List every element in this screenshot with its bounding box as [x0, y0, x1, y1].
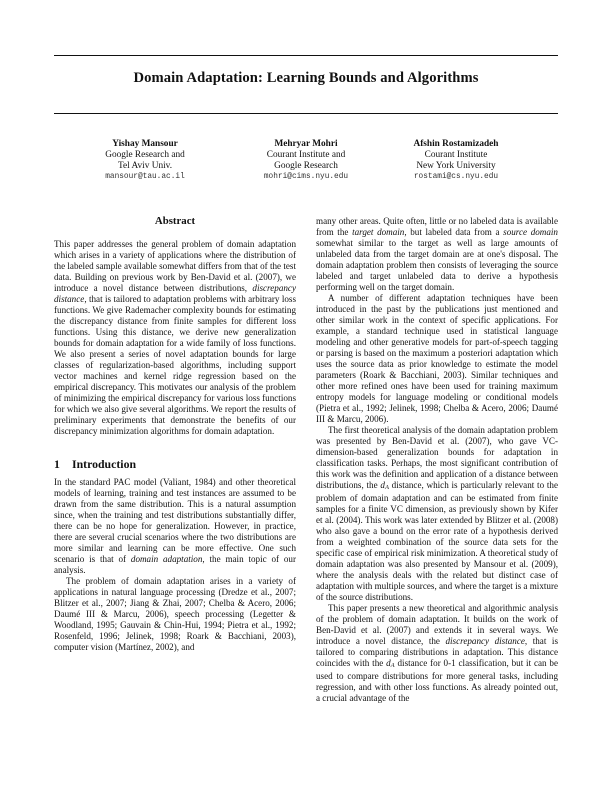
paragraph-emphasis: discrepancy distance	[445, 636, 524, 646]
section-heading-introduction: 1Introduction	[54, 457, 296, 471]
author-affiliation: Google Research and	[60, 150, 230, 161]
right-column: many other areas. Quite often, little or…	[316, 216, 558, 704]
abstract-text: This paper addresses the general problem…	[54, 239, 296, 437]
author-mansour: Yishay Mansour Google Research and Tel A…	[60, 139, 230, 183]
title-top-rule	[54, 55, 558, 56]
author-email: mohri@cims.nyu.edu	[221, 172, 391, 183]
title-bottom-rule	[54, 113, 558, 114]
author-mohri: Mehryar Mohri Courant Institute and Goog…	[221, 139, 391, 183]
section-title: Introduction	[72, 457, 136, 471]
author-email: rostami@cs.nyu.edu	[371, 172, 541, 183]
author-name: Mehryar Mohri	[221, 139, 391, 150]
author-affiliation: Courant Institute	[371, 150, 541, 161]
intro-paragraph-2-start: The problem of domain adaptation arises …	[54, 576, 296, 653]
author-rostamizadeh: Afshin Rostamizadeh Courant Institute Ne…	[371, 139, 541, 183]
paragraph-emphasis: target domain	[352, 227, 404, 237]
paragraph-text: distance, which is particularly relevant…	[316, 480, 558, 602]
intro-paragraph-4: The first theoretical analysis of the do…	[316, 425, 558, 603]
paragraph-text: somewhat similar to the target as well a…	[316, 238, 558, 292]
author-affiliation: New York University	[371, 161, 541, 172]
paragraph-emphasis: domain adaptation	[131, 554, 203, 564]
paragraph-emphasis: source domain	[503, 227, 558, 237]
math-d-a: dA	[386, 658, 395, 668]
author-affiliation: Tel Aviv Univ.	[60, 161, 230, 172]
author-affiliation: Courant Institute and	[221, 150, 391, 161]
intro-paragraph-3: A number of different adaptation techniq…	[316, 293, 558, 425]
author-name: Afshin Rostamizadeh	[371, 139, 541, 150]
left-column: Abstract This paper addresses the genera…	[54, 215, 296, 653]
abstract-heading: Abstract	[54, 215, 296, 228]
paper-page: Domain Adaptation: Learning Bounds and A…	[0, 0, 612, 792]
math-d-a: dA	[380, 480, 389, 490]
author-name: Yishay Mansour	[60, 139, 230, 150]
paragraph-text: In the standard PAC model (Valiant, 1984…	[54, 477, 296, 564]
paragraph-text: , but labeled data from a	[404, 227, 503, 237]
paper-title: Domain Adaptation: Learning Bounds and A…	[54, 70, 558, 87]
intro-paragraph-5: This paper presents a new theoretical an…	[316, 603, 558, 704]
author-affiliation: Google Research	[221, 161, 391, 172]
author-email: mansour@tau.ac.il	[60, 172, 230, 183]
intro-paragraph-2-continued: many other areas. Quite often, little or…	[316, 216, 558, 293]
author-block: Yishay Mansour Google Research and Tel A…	[54, 139, 558, 189]
section-number: 1	[54, 457, 72, 471]
abstract-text-part: , that is tailored to adaptation problem…	[54, 294, 296, 436]
intro-paragraph-1: In the standard PAC model (Valiant, 1984…	[54, 477, 296, 576]
